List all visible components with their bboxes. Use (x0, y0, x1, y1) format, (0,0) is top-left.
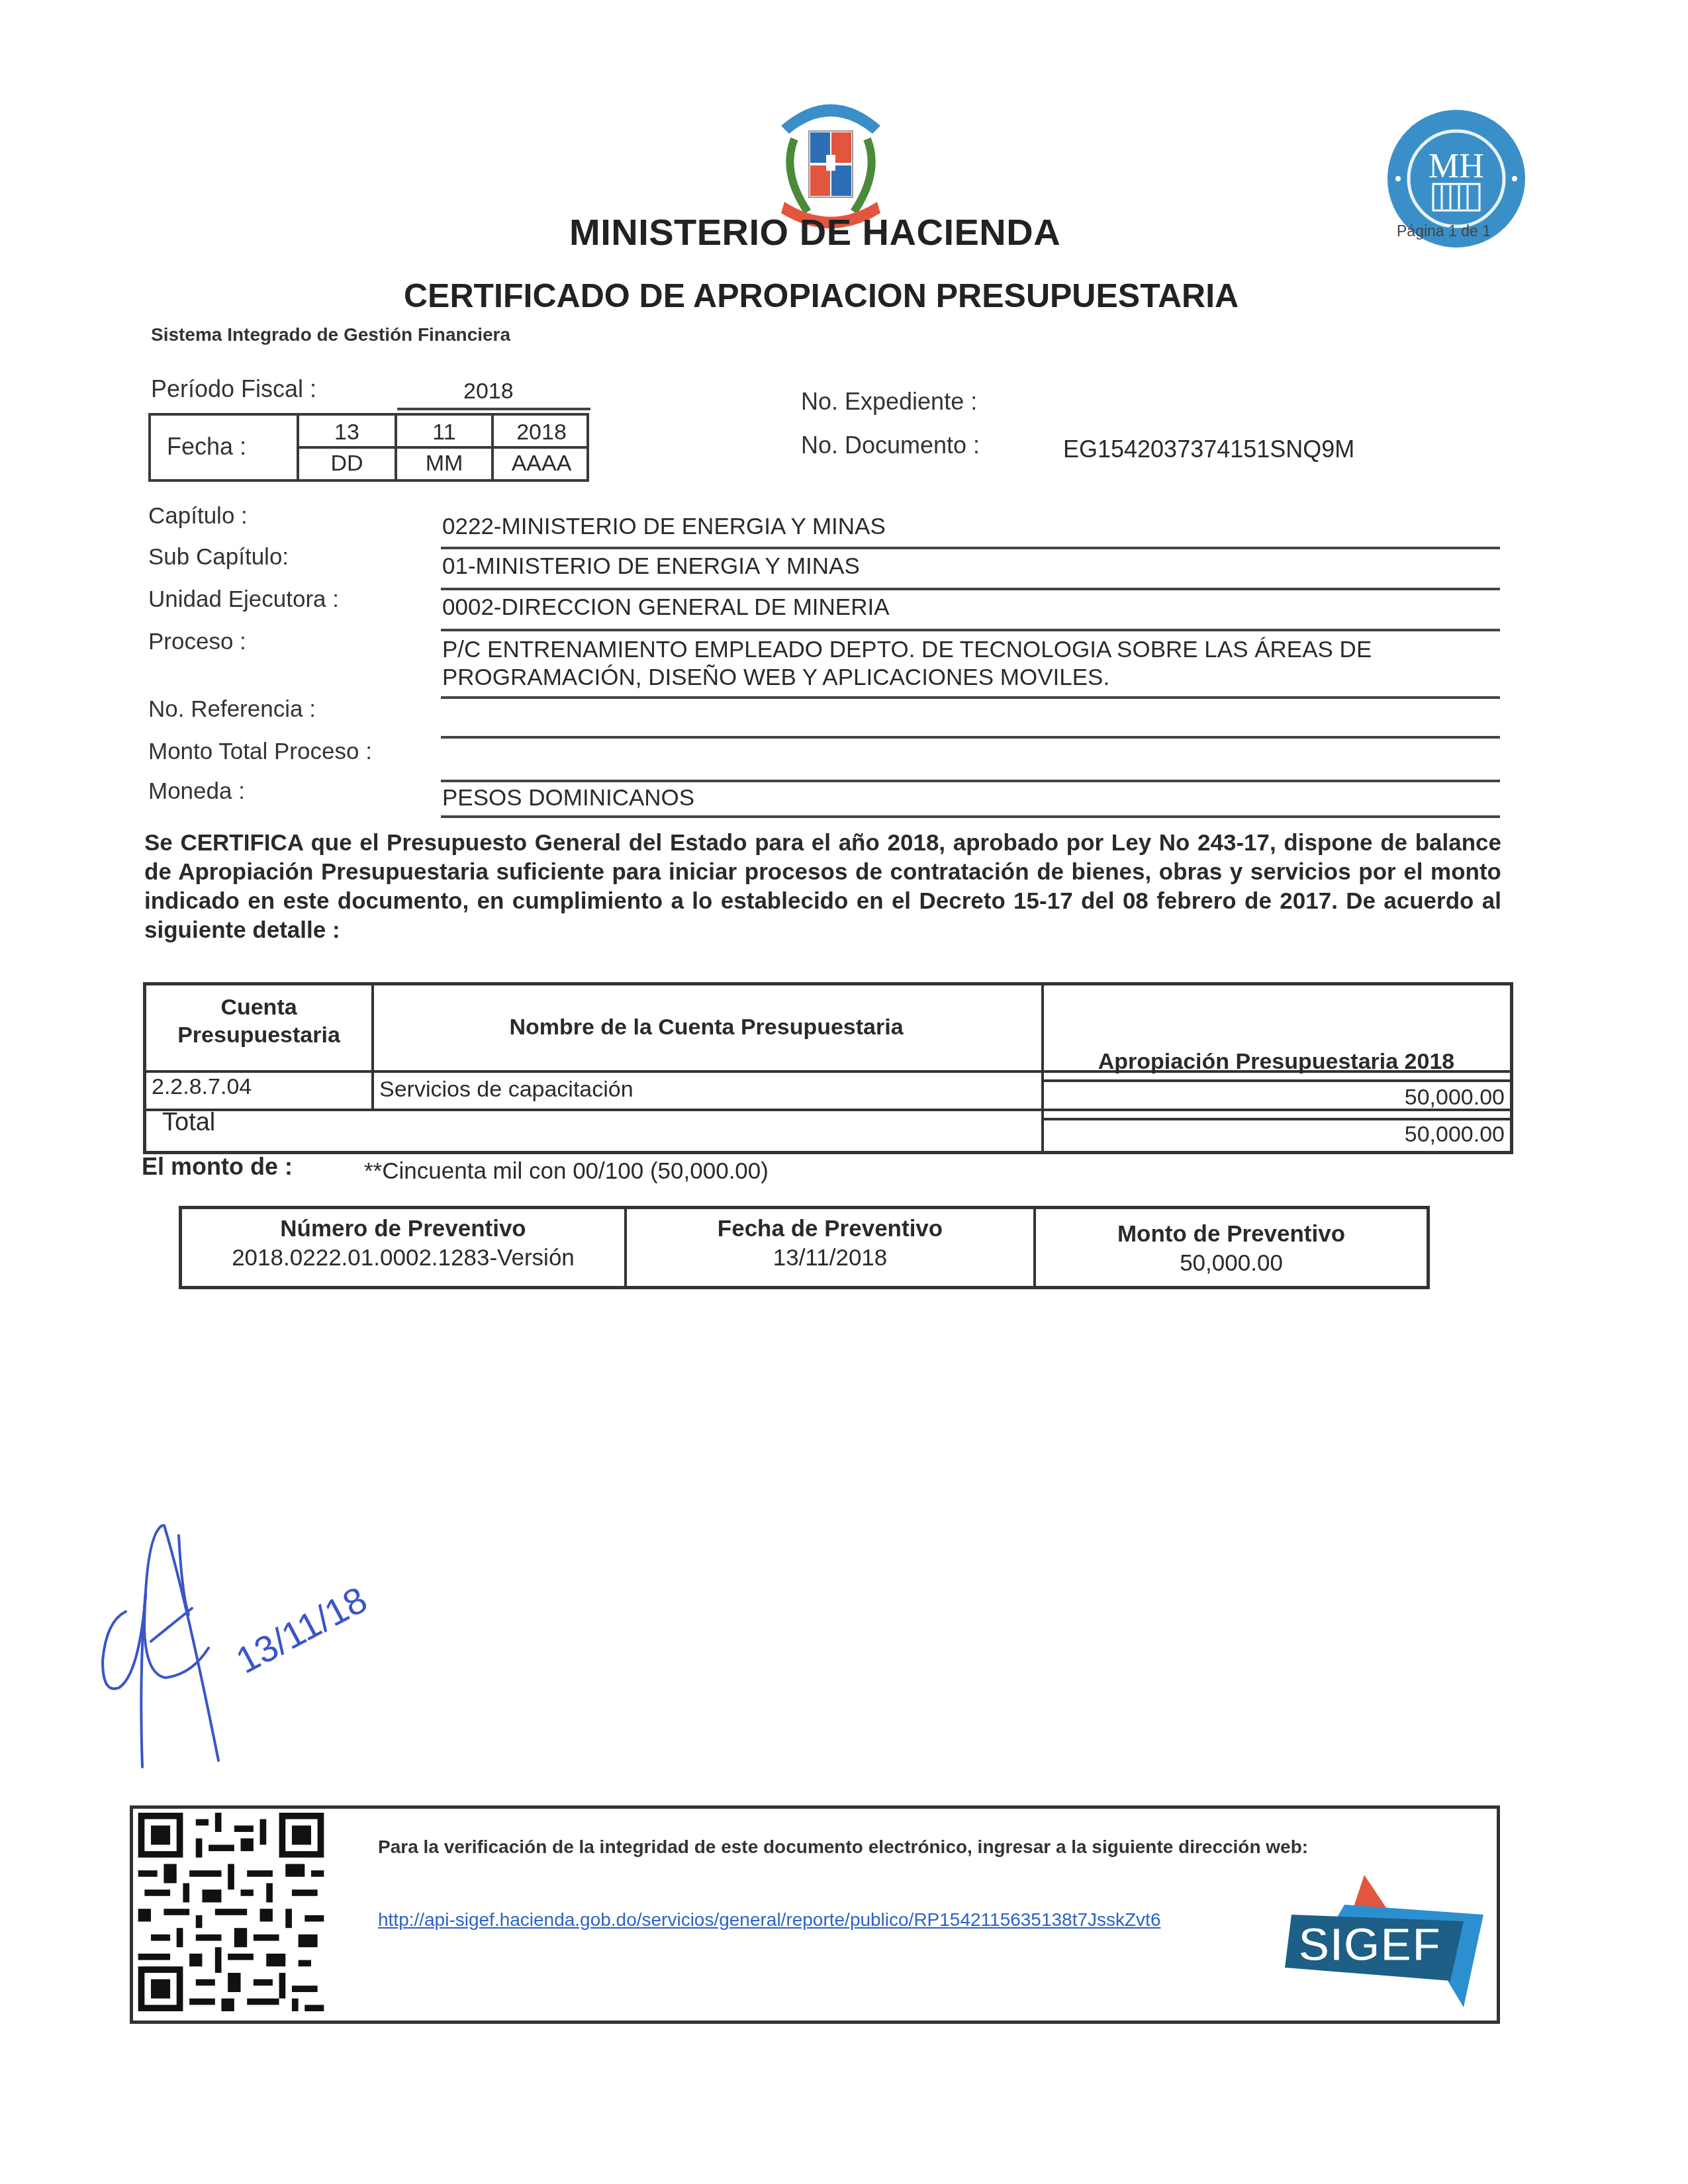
header-cuenta-l1: Cuenta (146, 995, 371, 1021)
fecha-label: Fecha : (167, 433, 246, 461)
fecha-month: 11 (397, 420, 491, 445)
svg-text:MH: MH (1429, 148, 1484, 185)
budget-table: Cuenta Presupuestaria Nombre de la Cuent… (143, 982, 1513, 1154)
qr-code-icon[interactable] (137, 1813, 325, 2011)
monto-total-underline (441, 780, 1500, 782)
header-cuenta-l2: Presupuestaria (146, 1023, 371, 1048)
proceso-value-line1: P/C ENTRENAMIENTO EMPLEADO DEPTO. DE TEC… (442, 637, 1372, 663)
total-value: 50,000.00 (1405, 1122, 1505, 1148)
coat-of-arms-icon (755, 86, 907, 232)
documento-value: EG1542037374151SNQ9M (1063, 435, 1354, 463)
periodo-fiscal-value: 2018 (463, 379, 514, 404)
fecha-day-format: DD (299, 451, 395, 477)
sigef-logo-icon: SIGEF (1272, 1868, 1490, 2014)
periodo-underline (397, 408, 590, 410)
proceso-label: Proceso : (148, 629, 246, 655)
ministry-title: MINISTERIO DE HACIENDA (569, 210, 1060, 253)
row-monto: 50,000.00 (1405, 1085, 1505, 1111)
svg-text:SIGEF: SIGEF (1298, 1919, 1441, 1972)
monto-total-label: Monto Total Proceso : (148, 739, 372, 765)
verification-url-link[interactable]: http://api-sigef.hacienda.gob.do/servici… (378, 1909, 1160, 1931)
unidad-ejecutora-label: Unidad Ejecutora : (148, 586, 339, 613)
header-nombre: Nombre de la Cuenta Presupuestaria (371, 1015, 1041, 1040)
page-indicator: Página 1 de 1 (1397, 222, 1491, 240)
fecha-year: 2018 (494, 420, 589, 445)
certification-paragraph: Se CERTIFICA que el Presupuesto General … (144, 829, 1501, 945)
fecha-day-cell: 13 DD (297, 416, 395, 479)
certificate-title: CERTIFICADO DE APROPIACION PRESUPUESTARI… (404, 277, 1239, 315)
preventivo-numero-cell: Número de Preventivo 2018.0222.01.0002.1… (182, 1209, 624, 1286)
unidad-ejecutora-underline (441, 629, 1500, 631)
preventivo-numero-value: 2018.0222.01.0002.1283-Versión (182, 1245, 624, 1271)
capitulo-value: 0222-MINISTERIO DE ENERGIA Y MINAS (442, 514, 886, 540)
subcapitulo-label: Sub Capítulo: (148, 544, 289, 570)
handwritten-signature: 13/11/18 (79, 1496, 384, 1774)
moneda-label: Moneda : (148, 778, 245, 805)
row-cuenta: 2.2.8.7.04 (152, 1074, 252, 1100)
system-label: Sistema Integrado de Gestión Financiera (151, 324, 510, 345)
preventivo-fecha-cell: Fecha de Preventivo 13/11/2018 (627, 1209, 1033, 1286)
referencia-underline (441, 736, 1500, 739)
verification-text: Para la verificación de la integridad de… (378, 1835, 1391, 1859)
fecha-box: Fecha : 13 DD 11 MM 2018 AAAA (148, 413, 589, 482)
moneda-underline (441, 815, 1500, 818)
monto-label: El monto de : (142, 1153, 293, 1181)
expediente-label: No. Expediente : (801, 388, 977, 416)
svg-text:13/11/18: 13/11/18 (229, 1578, 373, 1682)
fecha-year-format: AAAA (494, 451, 589, 477)
subcapitulo-value: 01-MINISTERIO DE ENERGIA Y MINAS (442, 553, 860, 580)
fecha-day: 13 (299, 420, 395, 445)
unidad-ejecutora-value: 0002-DIRECCION GENERAL DE MINERIA (442, 594, 890, 621)
subcapitulo-underline (441, 588, 1500, 590)
fecha-year-cell: 2018 AAAA (491, 416, 589, 479)
proceso-underline (441, 696, 1500, 699)
fecha-month-format: MM (397, 451, 491, 477)
monto-value: **Cincuenta mil con 00/100 (50,000.00) (364, 1158, 769, 1185)
preventivo-numero-label: Número de Preventivo (182, 1216, 624, 1242)
preventivo-fecha-label: Fecha de Preventivo (627, 1216, 1033, 1242)
moneda-value: PESOS DOMINICANOS (442, 785, 694, 811)
preventivo-monto-cell: Monto de Preventivo 50,000.00 (1036, 1209, 1427, 1286)
capitulo-underline (441, 547, 1500, 549)
preventivo-fecha-value: 13/11/2018 (627, 1245, 1033, 1271)
header-apropiacion: Apropiación Presupuestaria 2018 (1041, 1049, 1511, 1075)
fecha-month-cell: 11 MM (395, 416, 491, 479)
preventivo-table: Número de Preventivo 2018.0222.01.0002.1… (179, 1206, 1430, 1289)
proceso-value-line2: PROGRAMACIÓN, DISEÑO WEB Y APLICACIONES … (442, 664, 1109, 691)
referencia-label: No. Referencia : (148, 696, 316, 723)
preventivo-monto-value: 50,000.00 (1036, 1250, 1427, 1277)
total-label: Total (162, 1109, 215, 1137)
preventivo-monto-label: Monto de Preventivo (1036, 1221, 1427, 1248)
documento-label: No. Documento : (801, 432, 980, 459)
verification-footer: Para la verificación de la integridad de… (130, 1805, 1500, 2024)
row-nombre: Servicios de capacitación (379, 1077, 633, 1103)
periodo-fiscal-label: Período Fiscal : (151, 375, 316, 403)
capitulo-label: Capítulo : (148, 503, 248, 529)
